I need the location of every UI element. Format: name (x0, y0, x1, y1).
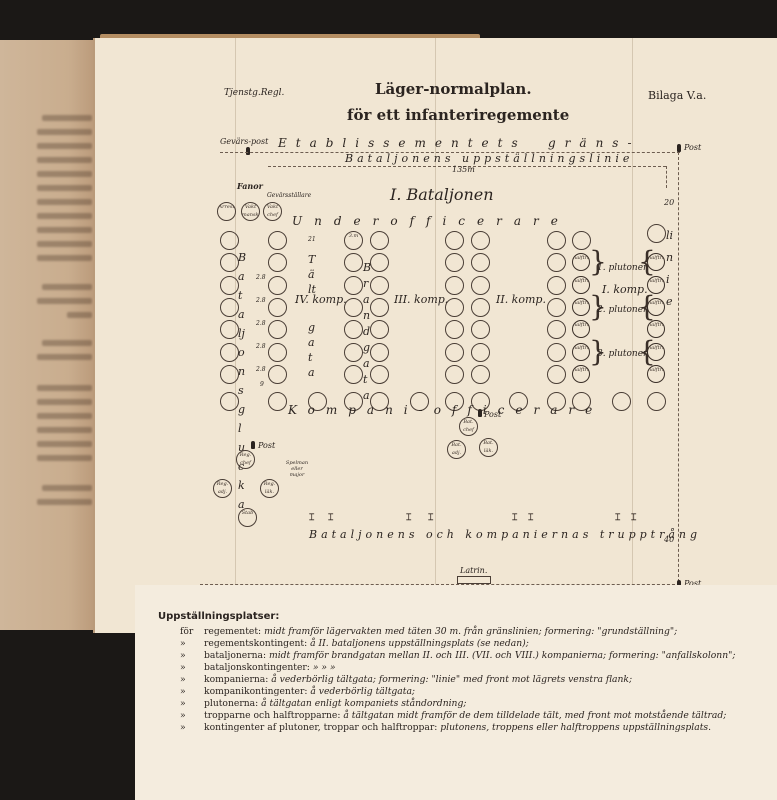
tent (268, 276, 287, 295)
legend-marker: » (180, 650, 204, 661)
dim-20: 20 (664, 198, 674, 207)
fire-lane-label: Brandgata (363, 260, 373, 404)
blurred-text-line (37, 143, 92, 149)
legend-row: »kontingenter af plutoner, troppar och h… (180, 722, 711, 733)
tent (220, 231, 239, 250)
tent (268, 365, 287, 384)
blurred-text-line (37, 298, 92, 304)
legend-text: å tältgatan midt framför de dem tilldela… (343, 710, 726, 721)
legend-marker: » (180, 638, 204, 649)
blurred-text-line (37, 171, 92, 177)
dim-2-8: 2.8 (256, 343, 266, 350)
halftropp-tent: halftropp (572, 343, 590, 361)
tent (268, 253, 287, 272)
dim-2-8: 2.8 (256, 297, 266, 304)
legend-marker: » (180, 710, 204, 721)
tent (268, 343, 287, 362)
tent (268, 231, 287, 250)
dim-2-8: 2.8 (256, 274, 266, 281)
blurred-text-line (37, 241, 92, 247)
gevarsstandare-label: Gevärsställare (267, 192, 311, 199)
tent (445, 320, 464, 339)
battalion-adjutant-tent: Bat. adj. (447, 440, 466, 459)
company-iii-label: III. komp. (394, 293, 448, 306)
arrest-tent: Arrest (217, 202, 236, 221)
legend-row: »bataljonskontingenter: » » » (180, 662, 336, 673)
blurred-text-line (42, 340, 92, 346)
tent (471, 276, 490, 295)
tent (220, 253, 239, 272)
legend-text: » » » (313, 662, 336, 673)
tent (220, 343, 239, 362)
tent (471, 343, 490, 362)
legend-marker: » (180, 662, 204, 673)
tent (547, 320, 566, 339)
top-border-label-left: Etablissementets (278, 136, 527, 150)
blurred-text-line (37, 213, 92, 219)
dim-21: 21 (308, 236, 316, 243)
blurred-text-line (37, 499, 92, 505)
legend-key: kompanierna: (204, 674, 268, 685)
tent (471, 298, 490, 317)
legend-row: »bataljonerna: midt framför brandgatan m… (180, 650, 735, 661)
regiment-chief-tent: Reg. chef (236, 450, 255, 469)
tent (220, 392, 239, 411)
top-border-label-right: gräns- (548, 136, 641, 150)
tent (370, 231, 389, 250)
blurred-text-line (42, 115, 92, 121)
tent (445, 365, 464, 384)
regulation-label: Tjenstg.Regl. (224, 88, 284, 98)
baggage-wagon-icon: ⌶ (309, 513, 314, 523)
blurred-text-line (37, 129, 92, 135)
page-subtitle: för ett infanteriregemente (347, 106, 569, 124)
blurred-text-line (37, 199, 92, 205)
gevars-post-label: Gevärs-post (220, 137, 268, 146)
blurred-text-line (42, 485, 92, 491)
blurred-text-line (37, 441, 92, 447)
legend-key: kontingenter af plutoner, troppar och ha… (204, 722, 437, 733)
tent (612, 392, 631, 411)
post-label: Post (484, 410, 501, 419)
tent (547, 231, 566, 250)
legend-text: plutonens, troppens eller halftroppens u… (440, 722, 711, 733)
tent (220, 276, 239, 295)
legend-text: å II. bataljonens uppställningsplats (se… (310, 638, 529, 649)
tent (547, 276, 566, 295)
legend-key: bataljonerna: (204, 650, 266, 661)
tent (268, 298, 287, 317)
tent (445, 231, 464, 250)
blurred-text-line (37, 255, 92, 261)
legend-heading: Uppställningsplatser: (158, 611, 279, 622)
tent (344, 365, 363, 384)
legend-key: regementet: (204, 626, 261, 637)
blurred-text-line (37, 427, 92, 433)
latrine-box (457, 576, 491, 584)
staff-tent: Stab (238, 508, 257, 527)
battalion-chief-tent: Bat. chef (459, 417, 478, 436)
legend-row: »kompanikontingenter: å vederbörlig tält… (180, 686, 415, 697)
line-vertical-label: linie (666, 225, 676, 313)
guard-chief-tent: Vakt chef (263, 202, 282, 221)
tent (547, 365, 566, 384)
tent (220, 298, 239, 317)
legend-marker: » (180, 686, 204, 697)
regiment-adjutant-tent: Reg. adj. (213, 479, 232, 498)
post-icon (677, 144, 681, 152)
legend-text: å vederbörlig tältgata; (310, 686, 415, 697)
company-officers-label: Kompani-officerare (288, 403, 603, 417)
right-boundary-line (678, 152, 679, 582)
tent-street-label-2: gata (308, 320, 318, 380)
blurred-text-line (37, 413, 92, 419)
legend-text: midt framför brandgatan mellan II. och I… (269, 650, 735, 661)
legend-key: tropparne och halftropparne: (204, 710, 340, 721)
nco-label: Underofficerare (292, 214, 570, 228)
blurred-text-line (37, 227, 92, 233)
legend-row: »kompanierna: å vederbörlig tältgata; fo… (180, 674, 632, 685)
brace-right: { (638, 337, 656, 367)
legend-marker: » (180, 722, 204, 733)
tent (647, 392, 666, 411)
brace-right: { (638, 292, 656, 322)
post-icon (478, 409, 482, 417)
tent (220, 365, 239, 384)
dim-9: 9 (260, 381, 264, 388)
baggage-wagon-icon: ⌶ (631, 513, 636, 523)
battalion-gap-label: Bataljons glucka (238, 248, 248, 514)
tent (445, 343, 464, 362)
post-label: Post (684, 143, 701, 152)
halftropp-tent: halftropp (572, 320, 590, 338)
legend-row: förregementet: midt framför lägervakten … (180, 626, 677, 637)
baggage-wagon-icon: ⌶ (512, 513, 517, 523)
baggage-wagon-icon: ⌶ (428, 513, 433, 523)
battalion-line-label: Bataljonens uppställningslinie (345, 152, 633, 165)
blurred-text-line (37, 385, 92, 391)
tent-3m: 3.m (344, 231, 363, 250)
brace-right: { (638, 247, 656, 277)
tent-street-label: Tält (308, 252, 318, 297)
tent (547, 298, 566, 317)
halftropp-tent: halftropp (572, 253, 590, 271)
tent (344, 320, 363, 339)
battalion-title: I. Bataljonen (390, 185, 494, 204)
company-ii-label: II. komp. (496, 293, 546, 306)
legend-key: bataljonskontingenter: (204, 662, 310, 673)
legend-row: »plutonerna: å tältgatan enligt kompanie… (180, 698, 466, 709)
legend-marker: för (180, 626, 204, 637)
halftropp-tent: halftropp (572, 276, 590, 294)
legend-text: midt framför lägervakten med täten 30 m.… (264, 626, 677, 637)
baggage-wagon-icon: ⌶ (328, 513, 333, 523)
blurred-text-line (37, 455, 92, 461)
blurred-text-line (37, 185, 92, 191)
guard-crew-tent: Vakt manskap (241, 202, 260, 221)
tent (268, 392, 287, 411)
regiment-doctor-tent: Reg. läk. (260, 479, 279, 498)
post-label: Post (258, 441, 275, 450)
tent (344, 343, 363, 362)
appendix-label: Bilaga V.a. (648, 89, 706, 102)
blurred-text-line (37, 399, 92, 405)
battalion-doctor-tent: Bat. läk. (479, 438, 498, 457)
halftropp-tent: halftropp (572, 365, 590, 383)
tent (220, 320, 239, 339)
tent (445, 253, 464, 272)
blurred-text-line (42, 284, 92, 290)
dim-2-8: 2.8 (256, 366, 266, 373)
legend-text: å tältgatan enligt kompaniets ståndordni… (261, 698, 466, 709)
legend-text: å vederbörlig tältgata; formering: "lini… (271, 674, 632, 685)
legend-marker: » (180, 674, 204, 685)
page-title: Läger-normalplan. (375, 80, 532, 98)
tent (471, 365, 490, 384)
blurred-text-line (67, 312, 92, 318)
fanor-label: Fanor (237, 181, 263, 191)
tent (647, 224, 666, 243)
baggage-wagon-icon: ⌶ (528, 513, 533, 523)
legend-key: kompanikontingenter: (204, 686, 307, 697)
baggage-wagon-icon: ⌶ (615, 513, 620, 523)
baggage-wagon-icon: ⌶ (406, 513, 411, 523)
dim-2-8: 2.8 (256, 320, 266, 327)
musician-major-tent: Spelman eller major (284, 460, 310, 478)
adjacent-book-page (0, 40, 98, 630)
tent (547, 253, 566, 272)
train-label: Bataljonens och kompaniernas trupptrång (309, 528, 701, 541)
post-icon (246, 147, 250, 155)
blurred-text-line (37, 157, 92, 163)
legend-key: regementskontingent: (204, 638, 307, 649)
tent (344, 253, 363, 272)
tent (268, 320, 287, 339)
tent (471, 231, 490, 250)
legend-row: »regementskontingent: å II. bataljonens … (180, 638, 529, 649)
company-iv-label: IV. komp. (295, 293, 347, 306)
line-length: 135m (452, 165, 475, 174)
tent (471, 320, 490, 339)
tent (547, 343, 566, 362)
tent (471, 253, 490, 272)
legend-key: plutonerna: (204, 698, 258, 709)
legend-marker: » (180, 698, 204, 709)
blurred-text-line (37, 354, 92, 360)
post-icon (251, 441, 255, 449)
right-guide-line (666, 166, 667, 188)
halftropp-tent: halftropp (572, 298, 590, 316)
latrine-label: Latrin. (460, 566, 487, 575)
legend-row: »tropparne och halftropparne: å tältgata… (180, 710, 726, 721)
